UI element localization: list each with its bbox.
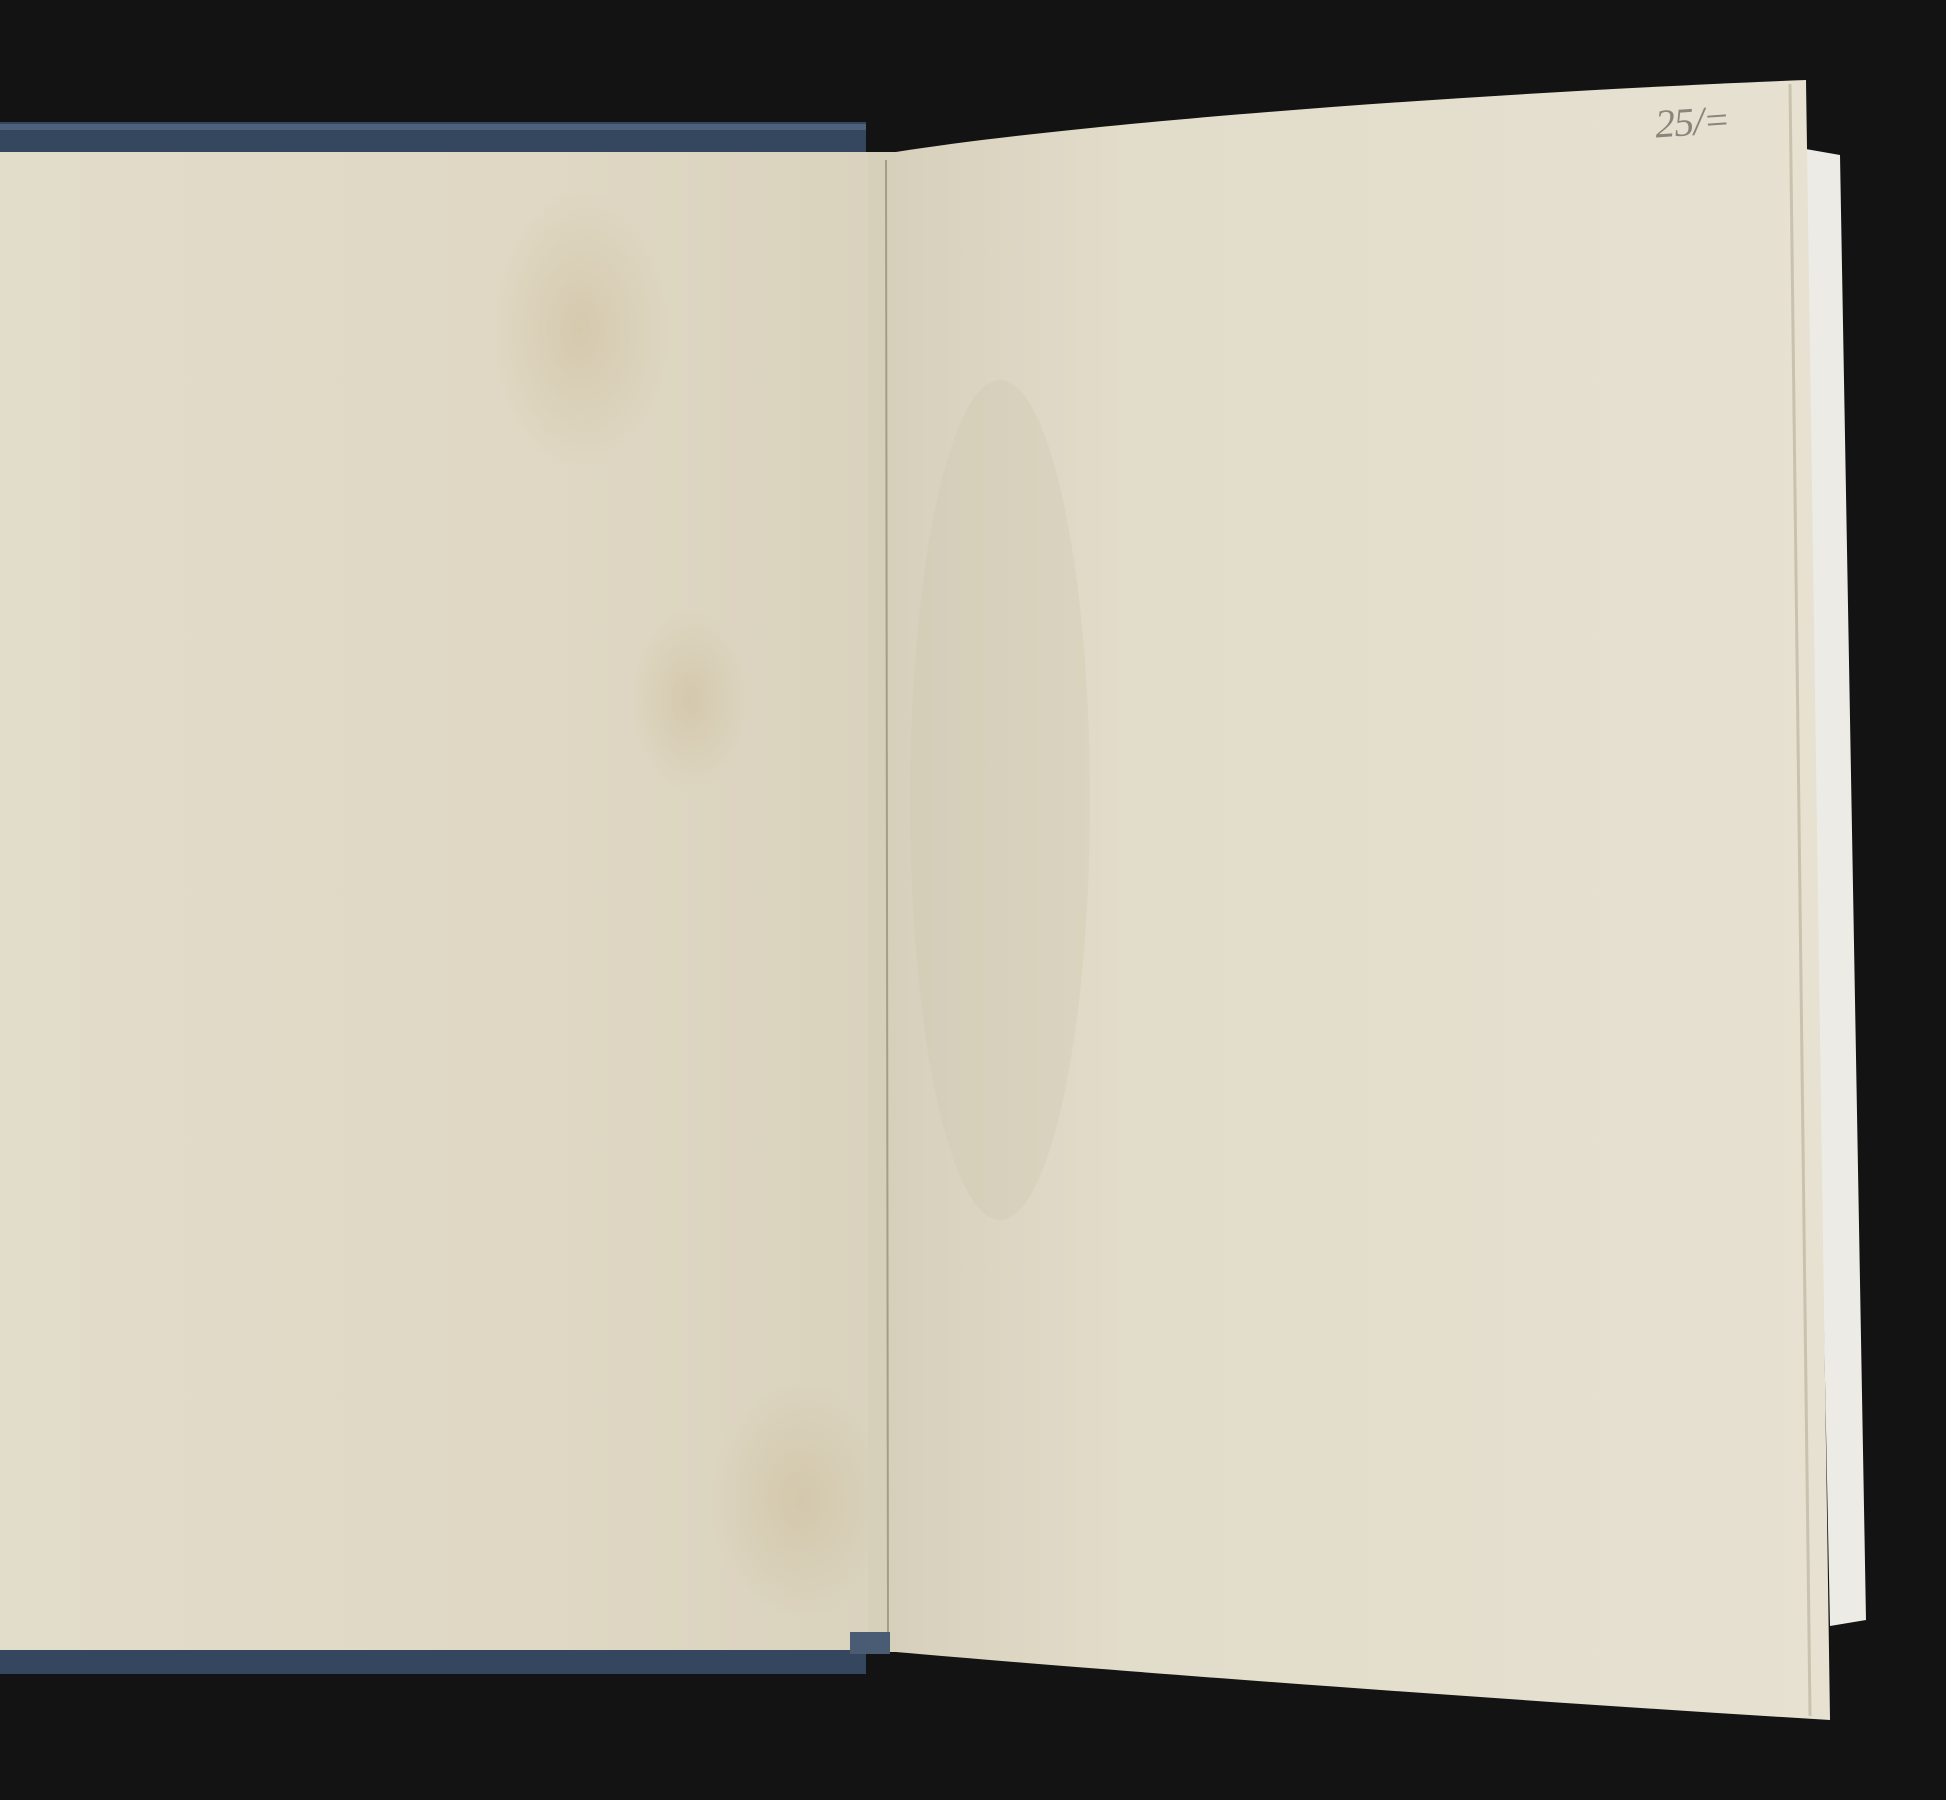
book-photo: [0, 0, 1946, 1800]
right-endpaper: [896, 80, 1830, 1720]
pencil-price-mark: 25/=: [1653, 95, 1730, 147]
left-endpaper: [0, 152, 890, 1650]
